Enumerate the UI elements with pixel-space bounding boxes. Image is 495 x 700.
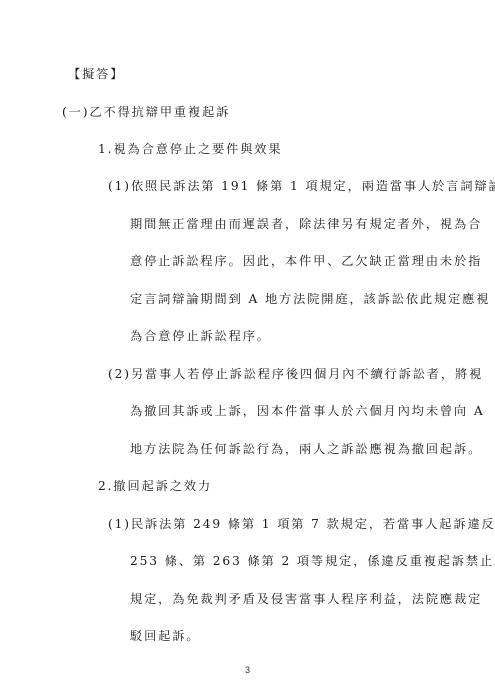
paragraph-line: 駁回起訴。 — [130, 628, 200, 644]
paragraph-line: 定言詞辯論期間到 A 地方法院開庭，該訴訟依此規定應視 — [130, 291, 490, 307]
document-page: 【擬答】 (一)乙不得抗辯甲重複起訴 1.視為合意停止之要件與效果 (1)依照民… — [0, 0, 495, 700]
answer-heading: 【擬答】 — [68, 66, 124, 82]
paragraph-line: 規定，為免裁判矛盾及侵害當事人程序利益，法院應裁定 — [130, 591, 482, 607]
section-heading-1: (一)乙不得抗辯甲重複起訴 — [62, 104, 230, 120]
subsection-heading-2: 2.撤回起訴之效力 — [98, 478, 212, 494]
subsection-heading-1: 1.視為合意停止之要件與效果 — [98, 141, 282, 157]
page-number: 3 — [0, 665, 495, 675]
paragraph-line: (2)另當事人若停止訴訟程序後四個月內不續行訴訟者，將視 — [108, 366, 483, 382]
paragraph-line: 地方法院為任何訴訟行為，兩人之訴訟應視為撤回起訴。 — [130, 441, 482, 457]
paragraph-line: 意停止訴訟程序。因此，本件甲、乙欠缺正當理由未於指 — [130, 253, 482, 269]
paragraph-line: 期間無正當理由而遲誤者，除法律另有規定者外，視為合 — [130, 216, 482, 232]
paragraph-line: 253 條、第 263 條第 2 項等規定，係違反重複起訴禁止之 — [130, 553, 495, 569]
paragraph-line: 為撤回其訴或上訴，因本件當事人於六個月內均未曾向 A — [130, 403, 485, 419]
paragraph-line: (1)民訴法第 249 條第 1 項第 7 款規定，若當事人起訴違反第 — [108, 516, 495, 532]
paragraph-line: (1)依照民訴法第 191 條第 1 項規定，兩造當事人於言詞辯論 — [108, 178, 495, 194]
paragraph-line: 為合意停止訴訟程序。 — [130, 328, 271, 344]
